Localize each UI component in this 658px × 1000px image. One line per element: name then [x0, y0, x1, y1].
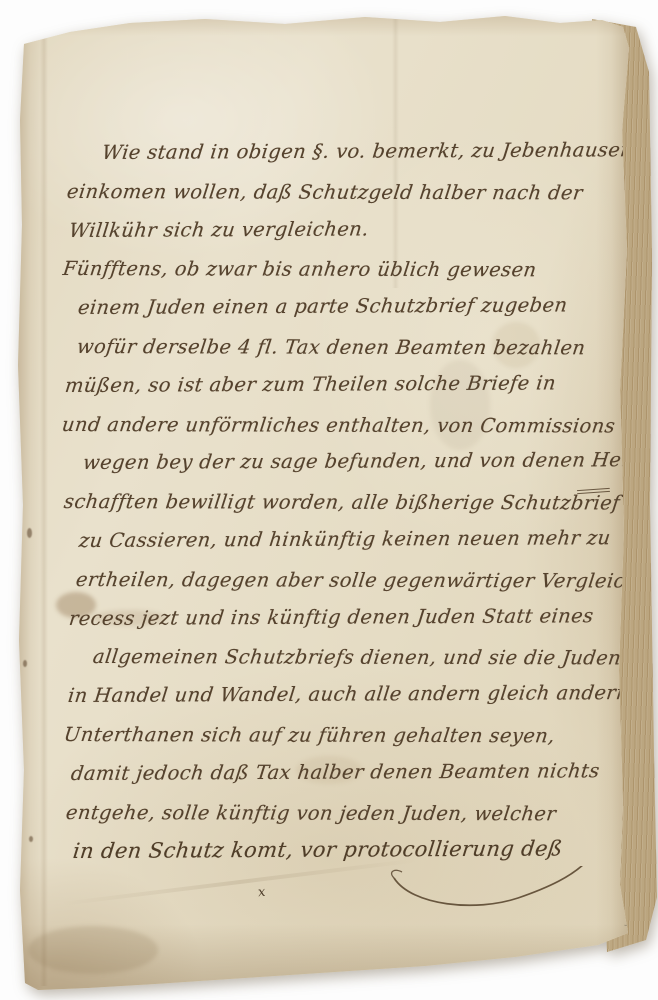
corner-stain — [28, 926, 158, 974]
manuscript-line: in Handel und Wandel, auch alle andern g… — [66, 674, 631, 716]
ink-speck — [23, 660, 27, 667]
manuscript-line: entgehe, solle künftig von jeden Juden, … — [64, 794, 631, 834]
manuscript-line: Willkühr sich zu vergleichen. — [67, 209, 631, 251]
marginal-mark: x — [257, 885, 266, 901]
manuscript-line: einem Juden einen a parte Schutzbrief zu… — [76, 286, 631, 328]
manuscript-line: wegen bey der zu sage befunden, und von … — [81, 442, 631, 484]
manuscript-line: Unterthanen sich auf zu führen gehalten … — [62, 716, 631, 756]
manuscript-line: damit jedoch daß Tax halber denen Beamte… — [69, 752, 631, 794]
manuscript-line: recess jezt und ins künftig denen Juden … — [67, 597, 631, 639]
flourish-swash — [384, 866, 594, 912]
manuscript-line: Fünfftens, ob zwar bis anhero üblich gew… — [61, 250, 631, 290]
page-left-edge-shading — [14, 28, 44, 988]
manuscript-line: zu Cassieren, und hinkünftig keinen neue… — [77, 519, 631, 561]
ink-speck — [27, 528, 32, 538]
manuscript-line: und andere unförmliches enthalten, von C… — [60, 406, 631, 446]
ink-speck — [29, 836, 33, 842]
manuscript-line: wofür derselbe 4 fl. Tax denen Beamten b… — [75, 328, 631, 368]
manuscript-line: ertheilen, dagegen aber solle gegenwärti… — [74, 561, 631, 601]
bound-volume: Wie stand in obigen §. vo. bemerkt, zu J… — [0, 0, 658, 1000]
photo-background: Wie stand in obigen §. vo. bemerkt, zu J… — [0, 0, 658, 1000]
manuscript-line: müßen, so ist aber zum Theilen solche Br… — [63, 364, 631, 406]
manuscript-line-last: in den Schutz komt, vor protocollierung … — [71, 829, 631, 871]
manuscript-line: Wie stand in obigen §. vo. bemerkt, zu J… — [100, 131, 631, 173]
manuscript-line: einkomen wollen, daß Schutzgeld halber n… — [65, 173, 631, 213]
page-top-edge-shading — [14, 12, 632, 36]
binding-crease — [40, 36, 48, 986]
manuscript-text: Wie stand in obigen §. vo. bemerkt, zu J… — [62, 134, 628, 871]
manuscript-page: Wie stand in obigen §. vo. bemerkt, zu J… — [0, 0, 658, 1000]
manuscript-line: schafften bewilligt worden, alle bißheri… — [62, 483, 631, 523]
page-bottom-edge-shading — [14, 924, 634, 992]
manuscript-line: allgemeinen Schutzbriefs dienen, und sie… — [91, 638, 631, 678]
